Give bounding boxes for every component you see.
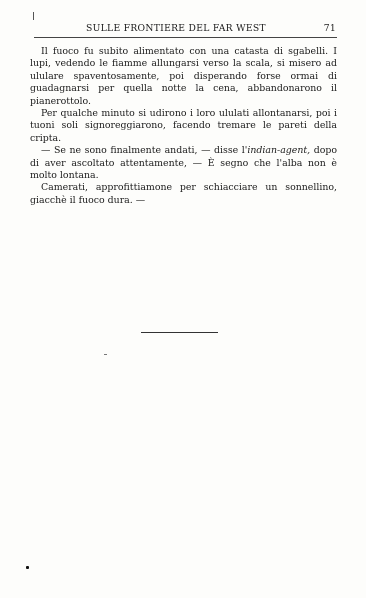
print-speck bbox=[26, 566, 29, 569]
page-number: 71 bbox=[324, 23, 336, 34]
section-end-rule bbox=[141, 332, 218, 333]
paragraph: Il fuoco fu subito alimentato con una ca… bbox=[30, 46, 337, 108]
margin-mark bbox=[33, 12, 34, 20]
page-header: SULLE FRONTIERE DEL FAR WEST 71 bbox=[34, 23, 336, 37]
dialogue-text: — Se ne sono finalmente andati, — disse … bbox=[41, 145, 247, 156]
body-text: Il fuoco fu subito alimentato con una ca… bbox=[30, 46, 337, 207]
running-header: SULLE FRONTIERE DEL FAR WEST bbox=[86, 23, 266, 34]
paragraph: Per qualche minuto si udirono i loro ulu… bbox=[30, 108, 337, 145]
paragraph: Camerati, approfittiamone per schiacciar… bbox=[30, 182, 337, 207]
italic-term: indian-agent, bbox=[247, 145, 310, 156]
dialogue-paragraph: — Se ne sono finalmente andati, — disse … bbox=[30, 145, 337, 182]
header-rule bbox=[34, 37, 337, 38]
print-speck bbox=[104, 354, 107, 355]
